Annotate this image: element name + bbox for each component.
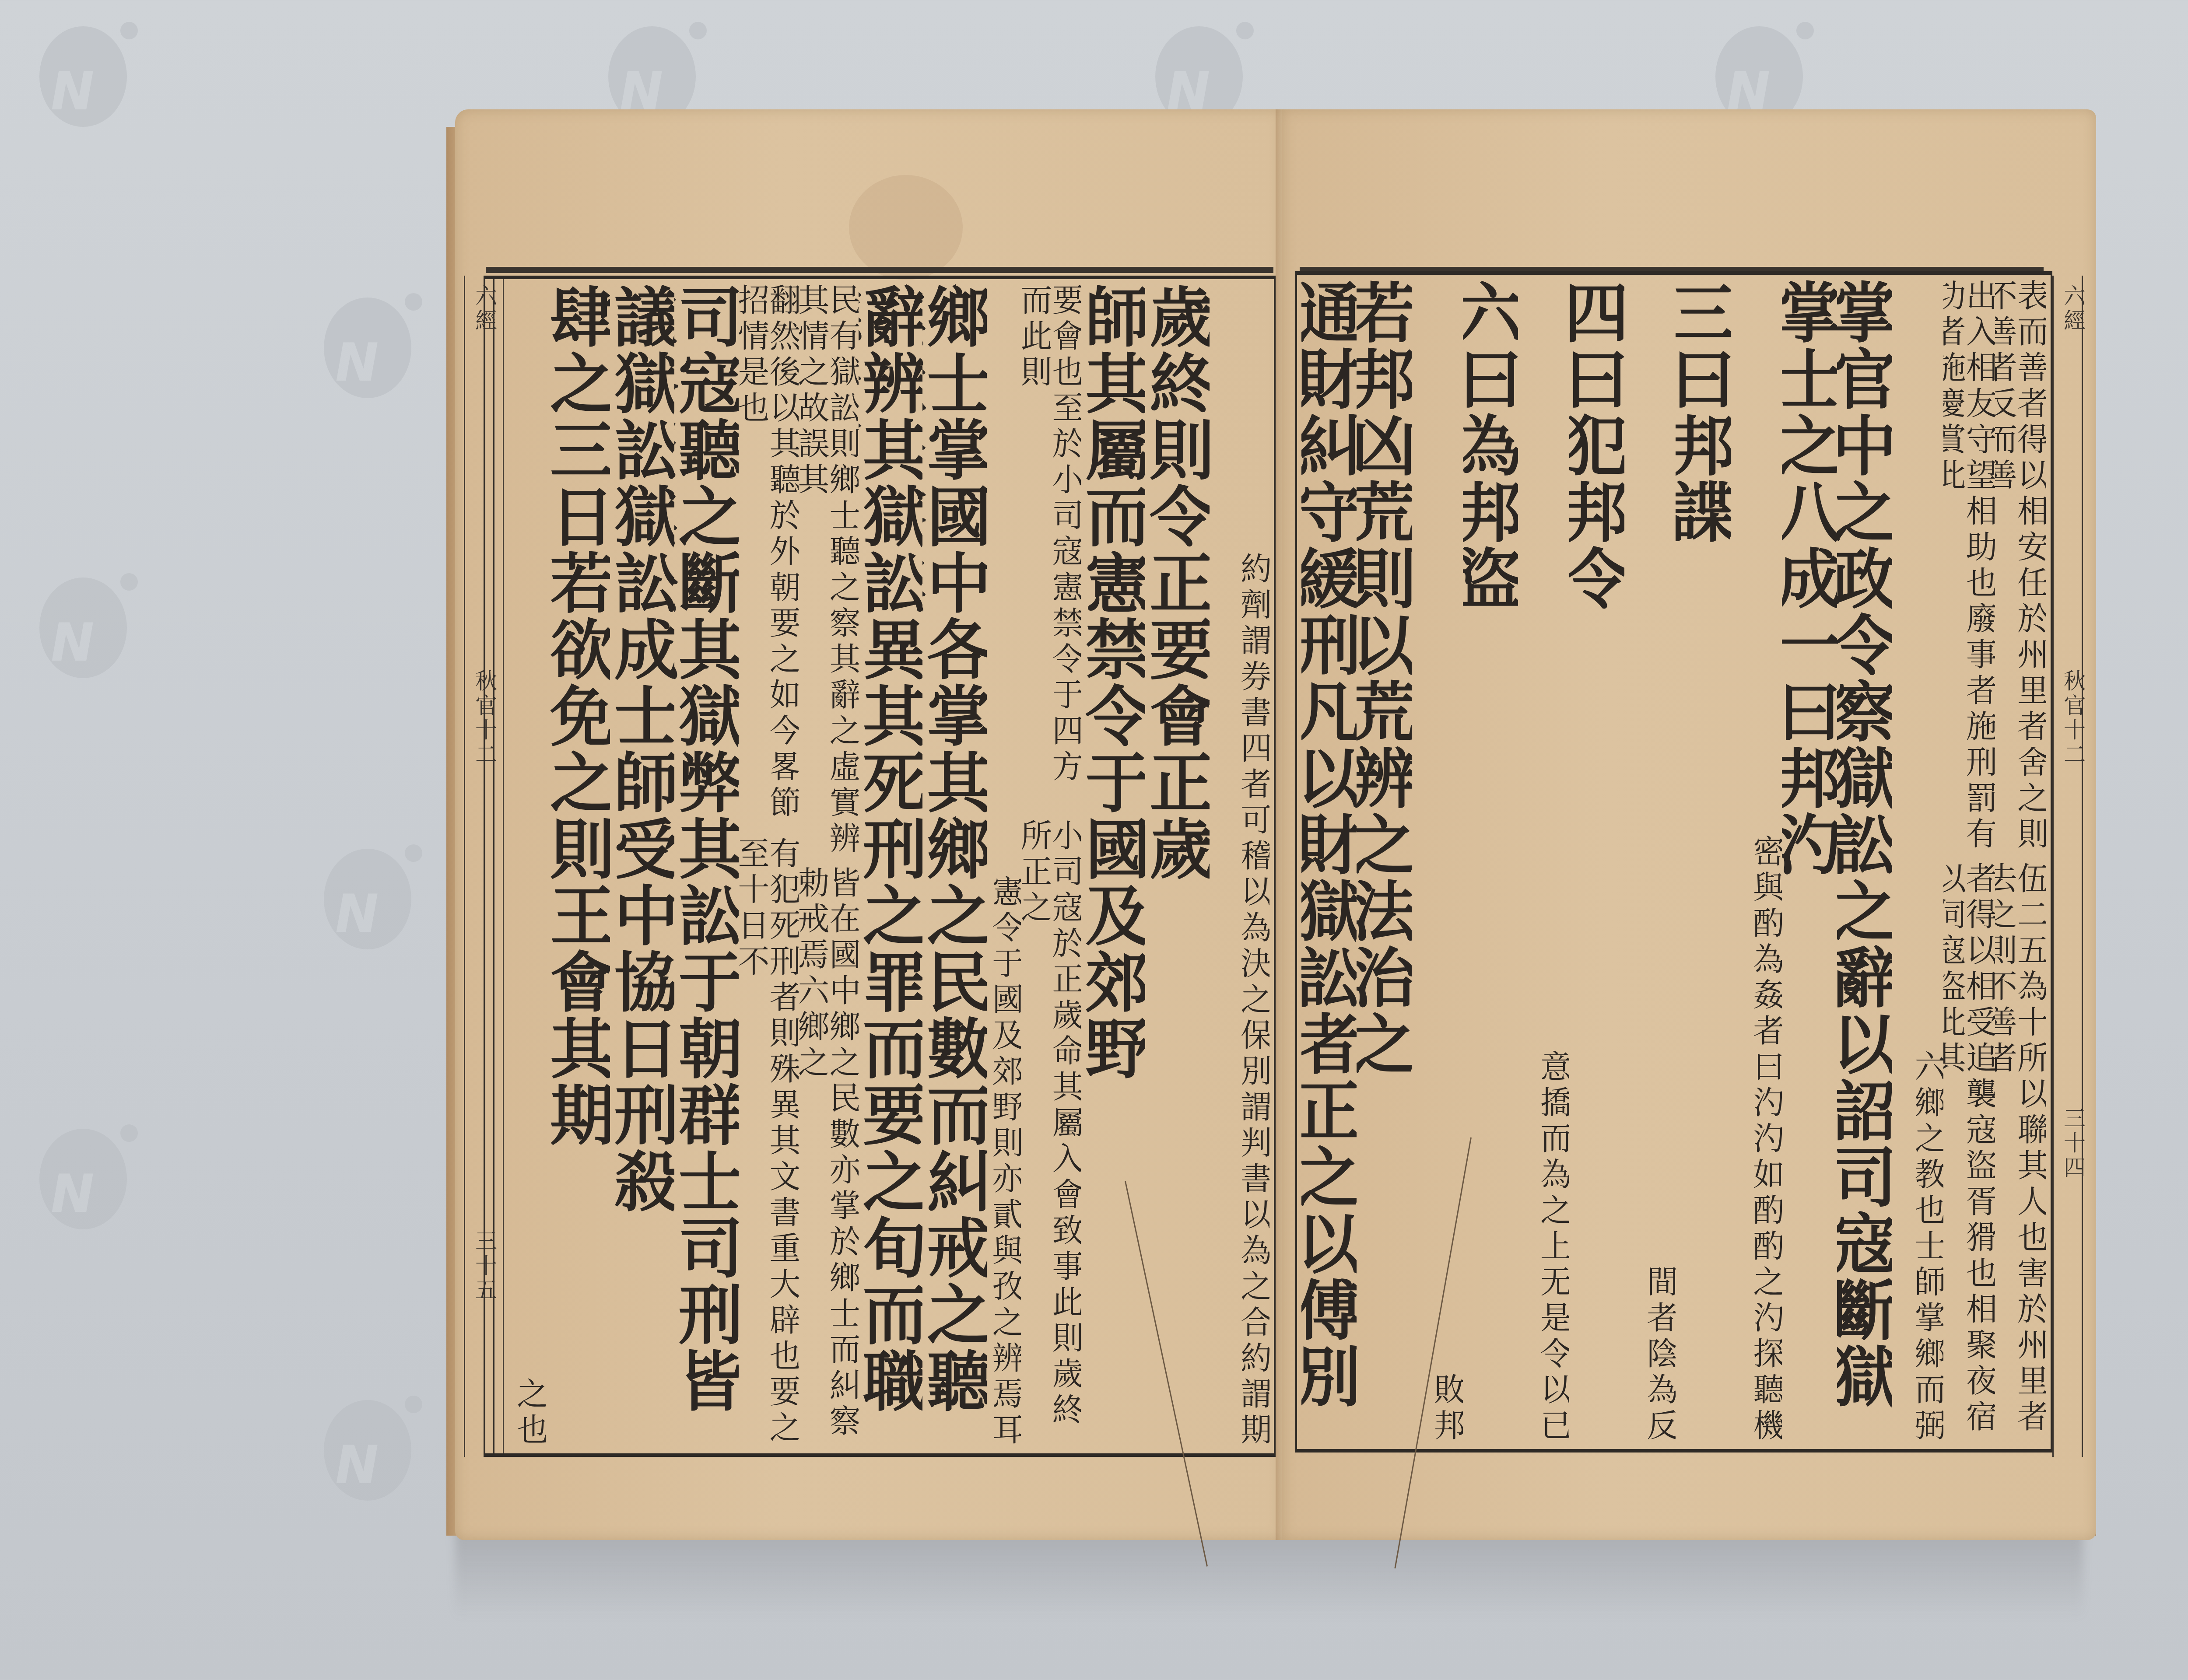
annotation-column: 陰為反間者: [1624, 279, 1676, 1445]
main-text-column: 若邦凶荒則以荒辨之法治之: [1357, 279, 1412, 1445]
main-text-column: 歲終則令正要會正歲: [1145, 283, 1210, 1449]
annotation-right: 之保別謂判書以為之合約謂期: [1239, 983, 1269, 1449]
main-text-column: 師其屬而憲禁令于國及郊野: [1081, 283, 1145, 1449]
annotation-column: 有犯死刑者則殊異其文書重大辟也要之至十日不翻然後以其聽於外朝要之如今畧節招情是也: [739, 283, 799, 1449]
annotation-left: 間者: [1645, 1265, 1676, 1337]
annotation-left: 敗: [1432, 1373, 1463, 1409]
annotation-column: 邦敗: [1412, 279, 1463, 1445]
annotation-column: 汋如酌酌之汋探聽機密與酌為姦者曰汋: [1731, 279, 1782, 1445]
watermark-logo-12: N: [298, 1382, 429, 1514]
annotation-left: 意撟而為之: [1539, 1050, 1569, 1229]
annotation-right: 之也: [515, 1377, 546, 1449]
annotation-column: 皆在國中鄉之民數亦掌於鄉士而糾察勅戒焉六鄉之民有獄訟則鄉士聽之察其辭之虛實辨其情…: [799, 283, 859, 1449]
main-text-column: 通財糾守緩刑凡以財獄訟者正之以傅別約劑: [1301, 279, 1357, 1445]
left-page: 六經 秋官十二 三十五 之保別謂判書以為之合約謂期約劑謂券書四者可稽以為決 歲終…: [455, 109, 1282, 1540]
main-text-column: 鄉士掌國中各掌其鄉之民數而糾戒之聽其獄訟察其: [922, 283, 987, 1449]
right-text-columns: 伍二五為十所以聯其人也害於州里者去之則不善者表而善者得以相安任於州里者舍之則不善…: [1301, 279, 2046, 1445]
watermark-logo-9: N: [298, 831, 429, 962]
main-text-column: 三曰邦諜: [1676, 279, 1731, 1445]
annotation-right: 汋如酌酌之汋探聽機: [1751, 1122, 1782, 1445]
watermark-dot: [405, 293, 422, 311]
annotation-left: 約劑謂券書四者可稽以為決: [1239, 552, 1269, 983]
annotation-left: 要會也至於小司寇憲禁令于四方而此則: [1050, 283, 1081, 819]
watermark-dot: [120, 1124, 138, 1142]
annotation-right: 憲令于國及郊野則亦貳與孜之辨焉耳: [990, 875, 1021, 1449]
annotation-right: 士師掌鄉而弼: [1913, 1229, 1943, 1445]
annotation-column: 之保別謂判書以為之合約謂期約劑謂券書四者可稽以為決: [1210, 283, 1269, 1449]
annotation-left: 表而善者得以相安任於州里者舍之則不善者反而善: [2016, 279, 2046, 862]
main-text-column: 議獄訟獄訟成士師受中協日刑殺: [610, 283, 674, 1449]
main-text-column: 掌士之八成一曰邦汋: [1782, 279, 1837, 1445]
main-text-column: 四曰犯邦令: [1569, 279, 1624, 1445]
watermark-dot: [1796, 22, 1814, 39]
watermark-dot: [405, 844, 422, 862]
open-book: 六經 秋官十二 三十五 之保別謂判書以為之合約謂期約劑謂券書四者可稽以為決 歲終…: [446, 109, 2096, 1549]
watermark-logo-6: N: [298, 280, 429, 411]
main-text-column: 掌官中之政令察獄訟之辭以詔司寇斷獄弊訟致邦令: [1837, 279, 1892, 1445]
annotation-column: 士師掌鄉而弼六鄉之教也: [1892, 279, 1943, 1445]
margin-label-chapter: 秋官十二: [2057, 669, 2089, 767]
annotation-column: 上无是令以已意撟而為之: [1518, 279, 1569, 1445]
left-text-columns: 之保別謂判書以為之合約謂期約劑謂券書四者可稽以為決 歲終則令正要會正歲 師其屬而…: [512, 283, 1269, 1449]
annotation-left: 密與酌為姦者曰汋: [1751, 835, 1782, 1122]
annotation-column: 小司寇於正歲命其屬入會致事此則歲終所正之要會也至於小司寇憲禁令于四方而此則: [1021, 283, 1081, 1449]
annotation-left: 六鄉之教也: [1913, 1050, 1943, 1229]
paper-stain: [849, 175, 963, 280]
left-text-frame: 之保別謂判書以為之合約謂期約劑謂券書四者可稽以為決 歲終則令正要會正歲 師其屬而…: [484, 276, 1276, 1457]
annotation-right: 者得以相受追襲寇盜胥猾也相聚夜宿以伺寇盜此其: [1964, 862, 1995, 1445]
margin-label-page-number: 三十四: [2057, 1107, 2089, 1180]
annotation-right: 邦: [1432, 1409, 1463, 1445]
watermark-logo-10: N: [13, 1111, 144, 1242]
annotation-right: 皆在國中鄉之民數亦掌於鄉士而糾察勅戒焉六鄉之: [828, 866, 859, 1449]
annotation-left: 翻然後以其聽於外朝要之如今畧節招情是也: [768, 283, 799, 837]
right-page: 伍二五為十所以聯其人也害於州里者去之則不善者表而善者得以相安任於州里者舍之則不善…: [1282, 109, 2096, 1540]
watermark-dot: [405, 1396, 422, 1413]
annotation-right: 有犯死刑者則殊異其文書重大辟也要之至十日不: [768, 837, 799, 1449]
annotation-left: 民有獄訟則鄉士聽之察其辭之虛實辨其情之故誤其: [828, 283, 859, 866]
watermark-dot: [120, 22, 138, 39]
watermark-dot: [689, 22, 707, 39]
main-text-column: 辭辨其獄訟異其死刑之罪而要之旬而職聽于朝: [859, 283, 923, 1449]
watermark-dot: [120, 573, 138, 591]
margin-label-title: 六經: [2057, 284, 2089, 333]
watermark-logo-1: N: [13, 9, 144, 140]
annotation-column: 伍二五為十所以聯其人也害於州里者去之則不善者表而善者得以相安任於州里者舍之則不善…: [1995, 279, 2046, 1445]
annotation-right: 陰為反: [1645, 1337, 1676, 1445]
frame-inner-rule: [503, 279, 504, 1453]
right-margin-column: 六經 秋官十二 三十四: [2052, 276, 2083, 1457]
ink-bleed-top-border: [486, 267, 1273, 273]
main-text-column: 肆之三日若欲免之則王會其期: [546, 283, 610, 1449]
annotation-left: 出入相友守望相助也廢事者施刑罰有功者施慶賞此: [1964, 279, 1995, 862]
watermark-logo-7: N: [13, 560, 144, 691]
annotation-right: 小司寇於正歲命其屬入會致事此則歲終所正之: [1050, 819, 1081, 1449]
annotation-column: 憲令于國及郊野則亦貳與孜之辨焉耳: [987, 283, 1021, 1449]
watermark-dot: [1236, 22, 1254, 39]
right-text-frame: 伍二五為十所以聯其人也害於州里者去之則不善者表而善者得以相安任於州里者舍之則不善…: [1295, 271, 2052, 1452]
annotation-right: 伍二五為十所以聯其人也害於州里者去之則不善者: [2016, 862, 2046, 1445]
annotation-right: 上无是令以已: [1539, 1229, 1569, 1445]
annotation-column: 之也: [512, 283, 546, 1449]
annotation-column: 者得以相受追襲寇盜胥猾也相聚夜宿以伺寇盜此其出入相友守望相助也廢事者施刑罰有功者…: [1943, 279, 1995, 1445]
main-text-column: 司寇聽之斷其獄弊其訟于朝群士司刑皆在各麗其法以: [674, 283, 739, 1449]
main-text-column: 六曰為邦盜: [1463, 279, 1518, 1445]
